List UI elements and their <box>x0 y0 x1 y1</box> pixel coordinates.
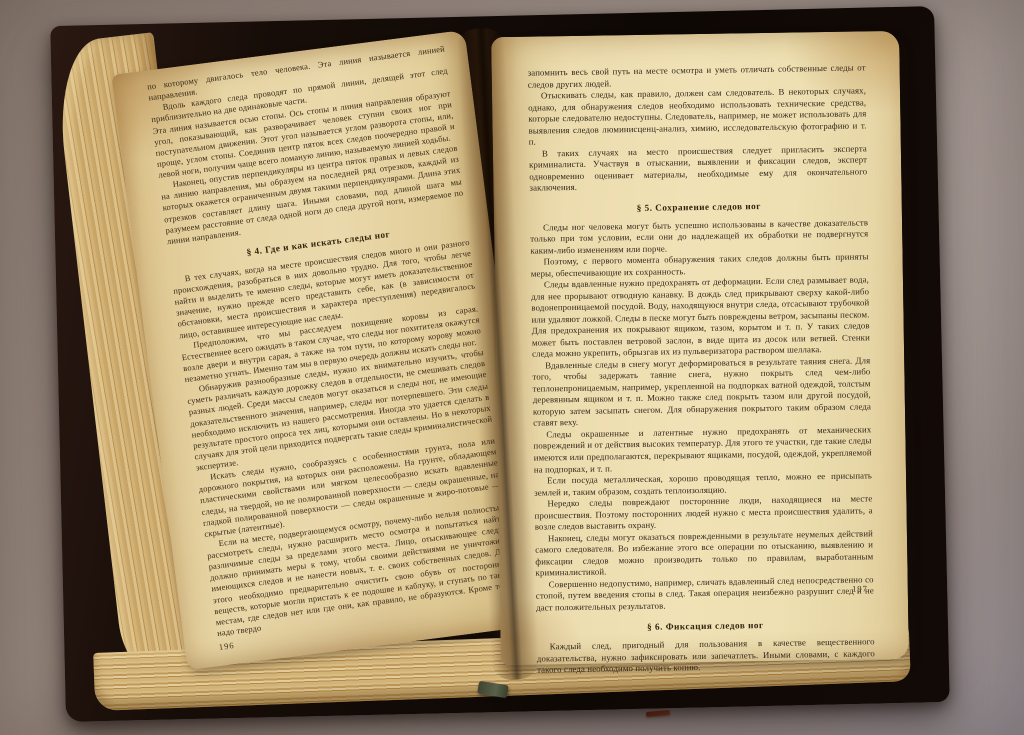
page-paragraph: Следы окрашенные и латентные нужно предо… <box>533 424 872 475</box>
section-heading-6: § 6. Фиксация следов ног <box>536 618 874 633</box>
page-paragraph: Наконец, следы могут оказаться поврежден… <box>535 528 874 579</box>
page-paragraph: Следы вдавленные нужно предохранять от д… <box>531 275 870 361</box>
page-paragraph: В таких случаях на место происшествия сл… <box>529 143 868 194</box>
page-paragraph: Нередко следы повреждают посторонние люд… <box>534 493 873 533</box>
photo-of-open-book: по которому двигалось тело человека. Эта… <box>0 0 1024 735</box>
page-paragraph: Следы ног человека могут быть успешно ис… <box>530 217 869 257</box>
page-paragraph: Каждый след, пригодный для пользования в… <box>537 636 876 676</box>
right-page: запомнить весь свой путь на месте осмотр… <box>491 31 909 665</box>
page-paragraph: Отыскивать следы, как правило, должен са… <box>528 85 867 148</box>
red-mark-on-surface <box>646 710 670 717</box>
left-page: по которому двигалось тело человека. Эта… <box>111 30 540 670</box>
section-heading-5: § 5. Сохранение следов ног <box>530 199 868 214</box>
page-number-right: 197 <box>852 583 868 593</box>
page-paragraph: Совершенно недопустимо, например, сличат… <box>536 574 875 614</box>
right-page-text: запомнить весь свой путь на месте осмотр… <box>528 62 876 676</box>
page-paragraph: Вдавленные следы в снегу могут деформиро… <box>532 355 871 429</box>
left-page-text: по которому двигалось тело человека. Эта… <box>146 44 517 652</box>
